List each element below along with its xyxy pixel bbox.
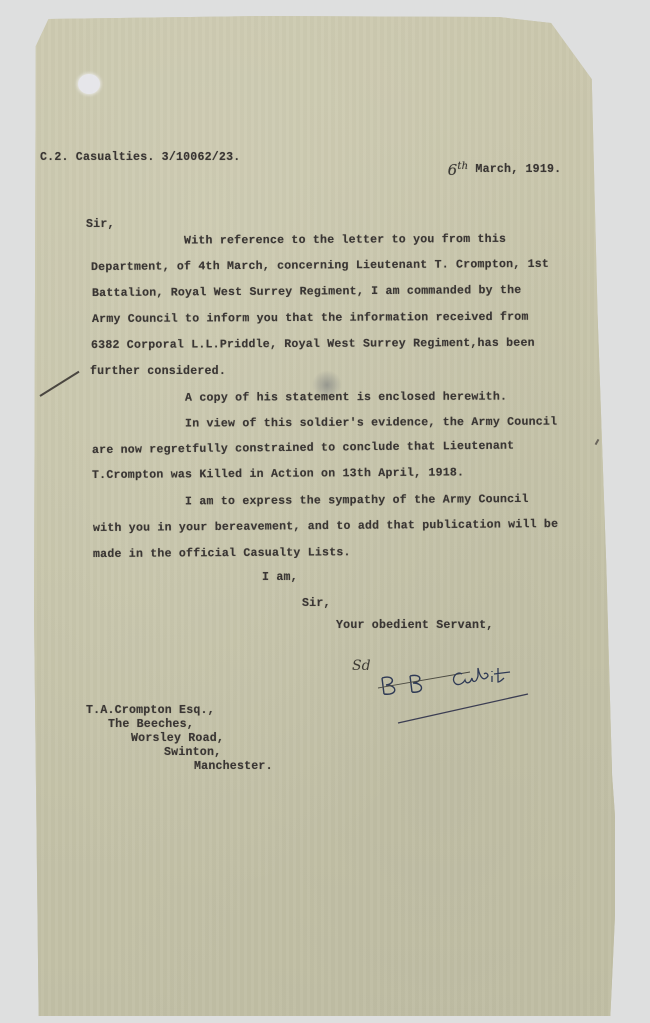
address-line: Manchester. <box>194 760 273 773</box>
body-line: further considered. <box>90 365 226 378</box>
scanned-page: C.2. Casualties. 3/10062/23. 6th March, … <box>0 0 650 1023</box>
body-line: T.Crompton was Killed in Action on 13th … <box>92 466 464 482</box>
address-line: Swinton, <box>164 746 221 759</box>
closing-line: Sir, <box>302 597 331 610</box>
body-line: Army Council to inform you that the info… <box>92 311 529 326</box>
signature-scrawl: Sd <box>350 648 540 728</box>
body-line: A copy of his statement is enclosed here… <box>92 391 507 405</box>
address-line: The Beeches, <box>108 718 194 731</box>
signature: Sd <box>350 648 540 728</box>
body-line: In view of this soldier's evidence, the … <box>92 416 557 431</box>
address-line: Worsley Road, <box>131 732 224 745</box>
date-day-handwritten: 6th <box>448 161 469 179</box>
body-line: made in the official Casualty Lists. <box>93 546 351 561</box>
body-line: With reference to the letter to you from… <box>91 233 506 248</box>
recipient-name: T.A.Crompton Esq., <box>86 704 215 717</box>
closing-line: I am, <box>262 571 298 584</box>
date-month-year: March, 1919. <box>468 163 561 176</box>
svg-text:Sd: Sd <box>352 658 371 674</box>
closing-line: Your obedient Servant, <box>336 619 493 632</box>
punch-hole <box>78 74 100 94</box>
salutation: Sir, <box>86 218 115 231</box>
reference-number: C.2. Casualties. 3/10062/23. <box>40 151 240 164</box>
letter-date: 6th March, 1919. <box>419 145 561 189</box>
body-line: 6382 Corporal L.L.Priddle, Royal West Su… <box>91 337 535 352</box>
